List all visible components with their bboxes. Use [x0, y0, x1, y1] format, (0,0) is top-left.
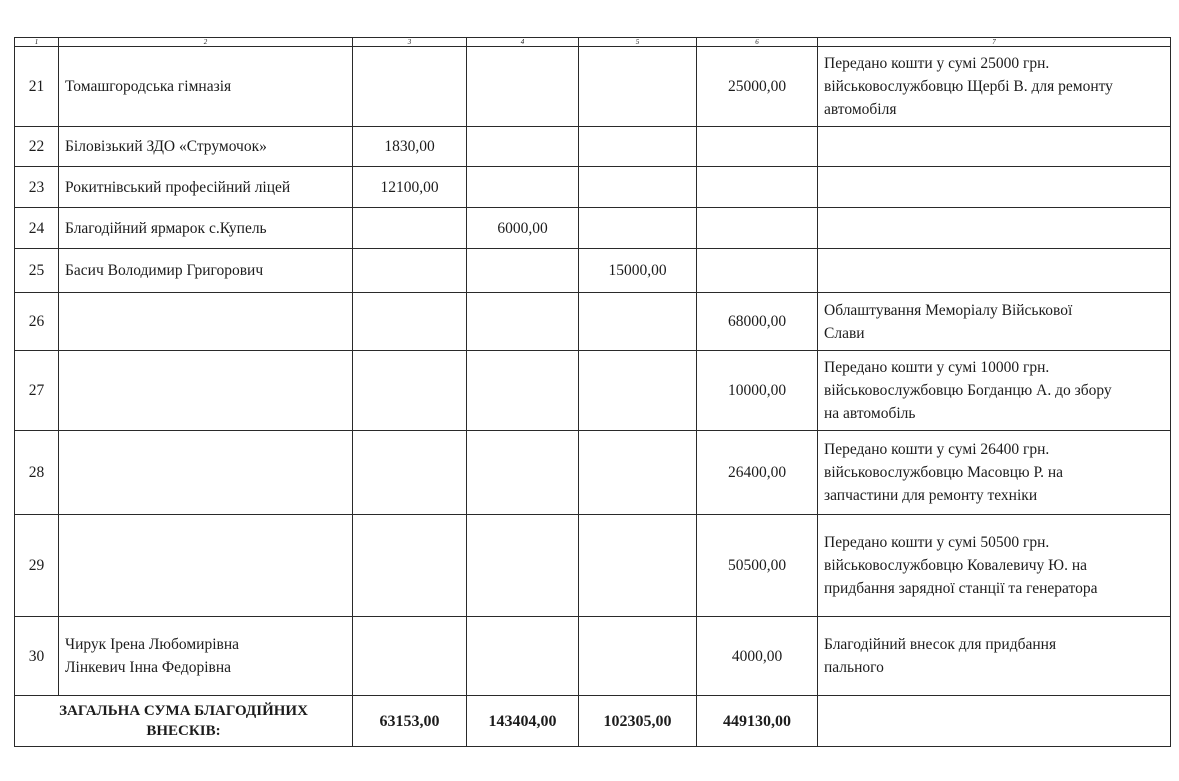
table-row: 2826400,00Передано кошти у сумі 26400 гр… [15, 431, 1171, 515]
amount-col-3 [353, 208, 467, 249]
amount-col-3 [353, 515, 467, 617]
amount-col-3 [353, 617, 467, 696]
row-number: 25 [15, 249, 59, 293]
table-row: 24Благодійний ярмарок с.Купель6000,00 [15, 208, 1171, 249]
amount-col-3 [353, 47, 467, 127]
amount-col-5 [579, 431, 697, 515]
column-number-row: 1 2 3 4 5 6 7 [15, 38, 1171, 47]
donor-name: Благодійний ярмарок с.Купель [59, 208, 353, 249]
row-number: 29 [15, 515, 59, 617]
donor-name-line: Басич Володимир Григорович [65, 259, 346, 282]
amount-col-4 [467, 249, 579, 293]
purpose-note [818, 127, 1171, 167]
donor-name-line: Чирук Ірена Любомирівна [65, 633, 346, 656]
donor-name: Чирук Ірена ЛюбомирівнаЛінкевич Інна Фед… [59, 617, 353, 696]
purpose-note: Благодійний внесок для придбанняпального [818, 617, 1171, 696]
row-number: 30 [15, 617, 59, 696]
donor-name: Томашгородська гімназія [59, 47, 353, 127]
column-number: 2 [59, 38, 353, 47]
table-row: 23Рокитнівський професійний ліцей12100,0… [15, 167, 1171, 208]
amount-col-6: 4000,00 [697, 617, 818, 696]
amount-col-3: 12100,00 [353, 167, 467, 208]
column-number: 3 [353, 38, 467, 47]
amount-col-5 [579, 515, 697, 617]
amount-col-6: 25000,00 [697, 47, 818, 127]
column-number: 1 [15, 38, 59, 47]
amount-col-5 [579, 167, 697, 208]
purpose-note [818, 249, 1171, 293]
purpose-note-line: Облаштування Меморіалу Військової [824, 299, 1164, 322]
donor-name-line: Томашгородська гімназія [65, 75, 346, 98]
amount-col-4 [467, 431, 579, 515]
amount-col-5: 15000,00 [579, 249, 697, 293]
amount-col-3 [353, 293, 467, 351]
donor-name-line: Біловізький ЗДО «Струмочок» [65, 135, 346, 158]
amount-col-4: 6000,00 [467, 208, 579, 249]
total-amount-c5: 102305,00 [579, 696, 697, 747]
purpose-note-line: на автомобіль [824, 402, 1164, 425]
total-label-line: ВНЕСКІВ: [21, 721, 346, 741]
purpose-note: Облаштування Меморіалу ВійськовоїСлави [818, 293, 1171, 351]
donor-name: Біловізький ЗДО «Струмочок» [59, 127, 353, 167]
donor-name: Рокитнівський професійний ліцей [59, 167, 353, 208]
table-row: 2710000,00Передано кошти у сумі 10000 гр… [15, 351, 1171, 431]
amount-col-4 [467, 617, 579, 696]
purpose-note-line: військовослужбовцю Масовцю Р. на [824, 461, 1164, 484]
purpose-note-line: Слави [824, 322, 1164, 345]
table-row: 21Томашгородська гімназія25000,00Передан… [15, 47, 1171, 127]
table-row: 25Басич Володимир Григорович15000,00 [15, 249, 1171, 293]
purpose-note-line: Благодійний внесок для придбання [824, 633, 1164, 656]
amount-col-4 [467, 127, 579, 167]
table-row: 22Біловізький ЗДО «Струмочок»1830,00 [15, 127, 1171, 167]
donor-name-line: Благодійний ярмарок с.Купель [65, 217, 346, 240]
total-label: ЗАГАЛЬНА СУМА БЛАГОДІЙНИХВНЕСКІВ: [15, 696, 353, 747]
amount-col-4 [467, 293, 579, 351]
purpose-note-line: пального [824, 656, 1164, 679]
amount-col-3 [353, 351, 467, 431]
purpose-note-line: Передано кошти у сумі 26400 грн. [824, 438, 1164, 461]
purpose-note: Передано кошти у сумі 50500 грн.військов… [818, 515, 1171, 617]
purpose-note-line: військовослужбовцю Богданцю А. до збору [824, 379, 1164, 402]
donor-name-line: Рокитнівський професійний ліцей [65, 176, 346, 199]
donations-table: 1 2 3 4 5 6 7 21Томашгородська гімназія2… [14, 37, 1171, 747]
amount-col-3: 1830,00 [353, 127, 467, 167]
row-number: 27 [15, 351, 59, 431]
column-number: 7 [818, 38, 1171, 47]
amount-col-4 [467, 167, 579, 208]
purpose-note-line: Передано кошти у сумі 10000 грн. [824, 356, 1164, 379]
purpose-note-line: автомобіля [824, 98, 1164, 121]
amount-col-5 [579, 293, 697, 351]
purpose-note: Передано кошти у сумі 25000 грн.військов… [818, 47, 1171, 127]
amount-col-5 [579, 208, 697, 249]
purpose-note-line: Передано кошти у сумі 50500 грн. [824, 531, 1164, 554]
row-number: 23 [15, 167, 59, 208]
amount-col-6: 10000,00 [697, 351, 818, 431]
amount-col-5 [579, 351, 697, 431]
amount-col-4 [467, 47, 579, 127]
purpose-note-line: військовослужбовцю Щербі В. для ремонту [824, 75, 1164, 98]
amount-col-6 [697, 167, 818, 208]
row-number: 21 [15, 47, 59, 127]
table-row: 30Чирук Ірена ЛюбомирівнаЛінкевич Інна Ф… [15, 617, 1171, 696]
purpose-note-line: придбання зарядної станції та генератора [824, 577, 1164, 600]
amount-col-6 [697, 127, 818, 167]
column-number: 4 [467, 38, 579, 47]
row-number: 28 [15, 431, 59, 515]
amount-col-4 [467, 351, 579, 431]
amount-col-5 [579, 47, 697, 127]
total-amount-c6: 449130,00 [697, 696, 818, 747]
amount-col-3 [353, 431, 467, 515]
total-label-line: ЗАГАЛЬНА СУМА БЛАГОДІЙНИХ [21, 701, 346, 721]
amount-col-4 [467, 515, 579, 617]
table-row: 2950500,00Передано кошти у сумі 50500 гр… [15, 515, 1171, 617]
purpose-note-line: запчастини для ремонту техніки [824, 484, 1164, 507]
row-number: 24 [15, 208, 59, 249]
donor-name [59, 293, 353, 351]
amount-col-5 [579, 617, 697, 696]
purpose-note-line: військовослужбовцю Ковалевичу Ю. на [824, 554, 1164, 577]
amount-col-6 [697, 249, 818, 293]
amount-col-5 [579, 127, 697, 167]
row-number: 26 [15, 293, 59, 351]
purpose-note [818, 167, 1171, 208]
amount-col-6 [697, 208, 818, 249]
donor-name: Басич Володимир Григорович [59, 249, 353, 293]
total-amount-c3: 63153,00 [353, 696, 467, 747]
total-note [818, 696, 1171, 747]
table-row: 2668000,00Облаштування Меморіалу Військо… [15, 293, 1171, 351]
amount-col-6: 26400,00 [697, 431, 818, 515]
purpose-note: Передано кошти у сумі 10000 грн.військов… [818, 351, 1171, 431]
amount-col-6: 50500,00 [697, 515, 818, 617]
purpose-note: Передано кошти у сумі 26400 грн.військов… [818, 431, 1171, 515]
donor-name [59, 351, 353, 431]
row-number: 22 [15, 127, 59, 167]
total-row: ЗАГАЛЬНА СУМА БЛАГОДІЙНИХВНЕСКІВ:63153,0… [15, 696, 1171, 747]
amount-col-3 [353, 249, 467, 293]
column-number: 6 [697, 38, 818, 47]
donor-name [59, 515, 353, 617]
purpose-note-line: Передано кошти у сумі 25000 грн. [824, 52, 1164, 75]
amount-col-6: 68000,00 [697, 293, 818, 351]
total-amount-c4: 143404,00 [467, 696, 579, 747]
column-number: 5 [579, 38, 697, 47]
donor-name-line: Лінкевич Інна Федорівна [65, 656, 346, 679]
donor-name [59, 431, 353, 515]
purpose-note [818, 208, 1171, 249]
